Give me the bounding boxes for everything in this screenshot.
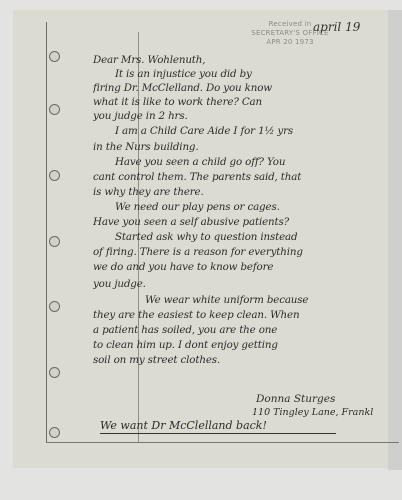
body-line: Have you seen a child go off? You: [93, 155, 383, 170]
body-line: We wear white uniform because: [93, 293, 383, 308]
binder-hole-icon: [49, 104, 60, 115]
body-line: is why they are there.: [93, 185, 383, 200]
body-line: I am a Child Care Aide I for 1½ yrs: [93, 124, 383, 139]
body-line: you judge in 2 hrs.: [93, 109, 383, 124]
body-line: We need our play pens or cages.: [93, 200, 383, 215]
body-line: a patient has soiled, you are the one: [93, 323, 383, 338]
letter-body: Dear Mrs. Wohlenuth, It is an injustice …: [93, 66, 383, 368]
body-line: Have you seen a self abusive patients?: [93, 215, 383, 230]
body-line: cant control them. The parents said, tha…: [93, 170, 383, 185]
body-line: firing Dr. McClelland. Do you know: [93, 81, 383, 95]
letter-date: april 19: [313, 20, 360, 34]
body-line: to clean him up. I dont enjoy getting: [93, 338, 383, 353]
body-line: It is an injustice you did by: [93, 67, 383, 81]
body-line: we do and you have to know before: [93, 260, 383, 275]
binder-hole-icon: [49, 170, 60, 181]
binder-hole-icon: [49, 367, 60, 378]
body-line: Started ask why to question instead: [93, 230, 383, 245]
binder-hole-icon: [49, 51, 60, 62]
stamp-date: APR 20 1973: [250, 38, 330, 47]
binder-hole-icon: [49, 427, 60, 438]
binder-hole-icon: [49, 301, 60, 312]
signature-name: Donna Sturges: [252, 392, 373, 406]
body-line: of firing. There is a reason for everyth…: [93, 245, 383, 260]
postscript: We want Dr McClelland back!: [100, 419, 336, 434]
salutation: Dear Mrs. Wohlenuth,: [93, 51, 383, 67]
body-line: what it is like to work there? Can: [93, 95, 383, 109]
binder-hole-icon: [49, 236, 60, 247]
body-line: you judge.: [93, 275, 383, 293]
body-line: they are the easiest to keep clean. When: [93, 308, 383, 323]
body-line: soil on my street clothes.: [93, 353, 383, 368]
signature-block: Donna Sturges 110 Tingley Lane, Frankl: [252, 392, 373, 420]
body-line: in the Nurs building.: [93, 139, 383, 155]
signature-address: 110 Tingley Lane, Frankl: [252, 406, 373, 420]
